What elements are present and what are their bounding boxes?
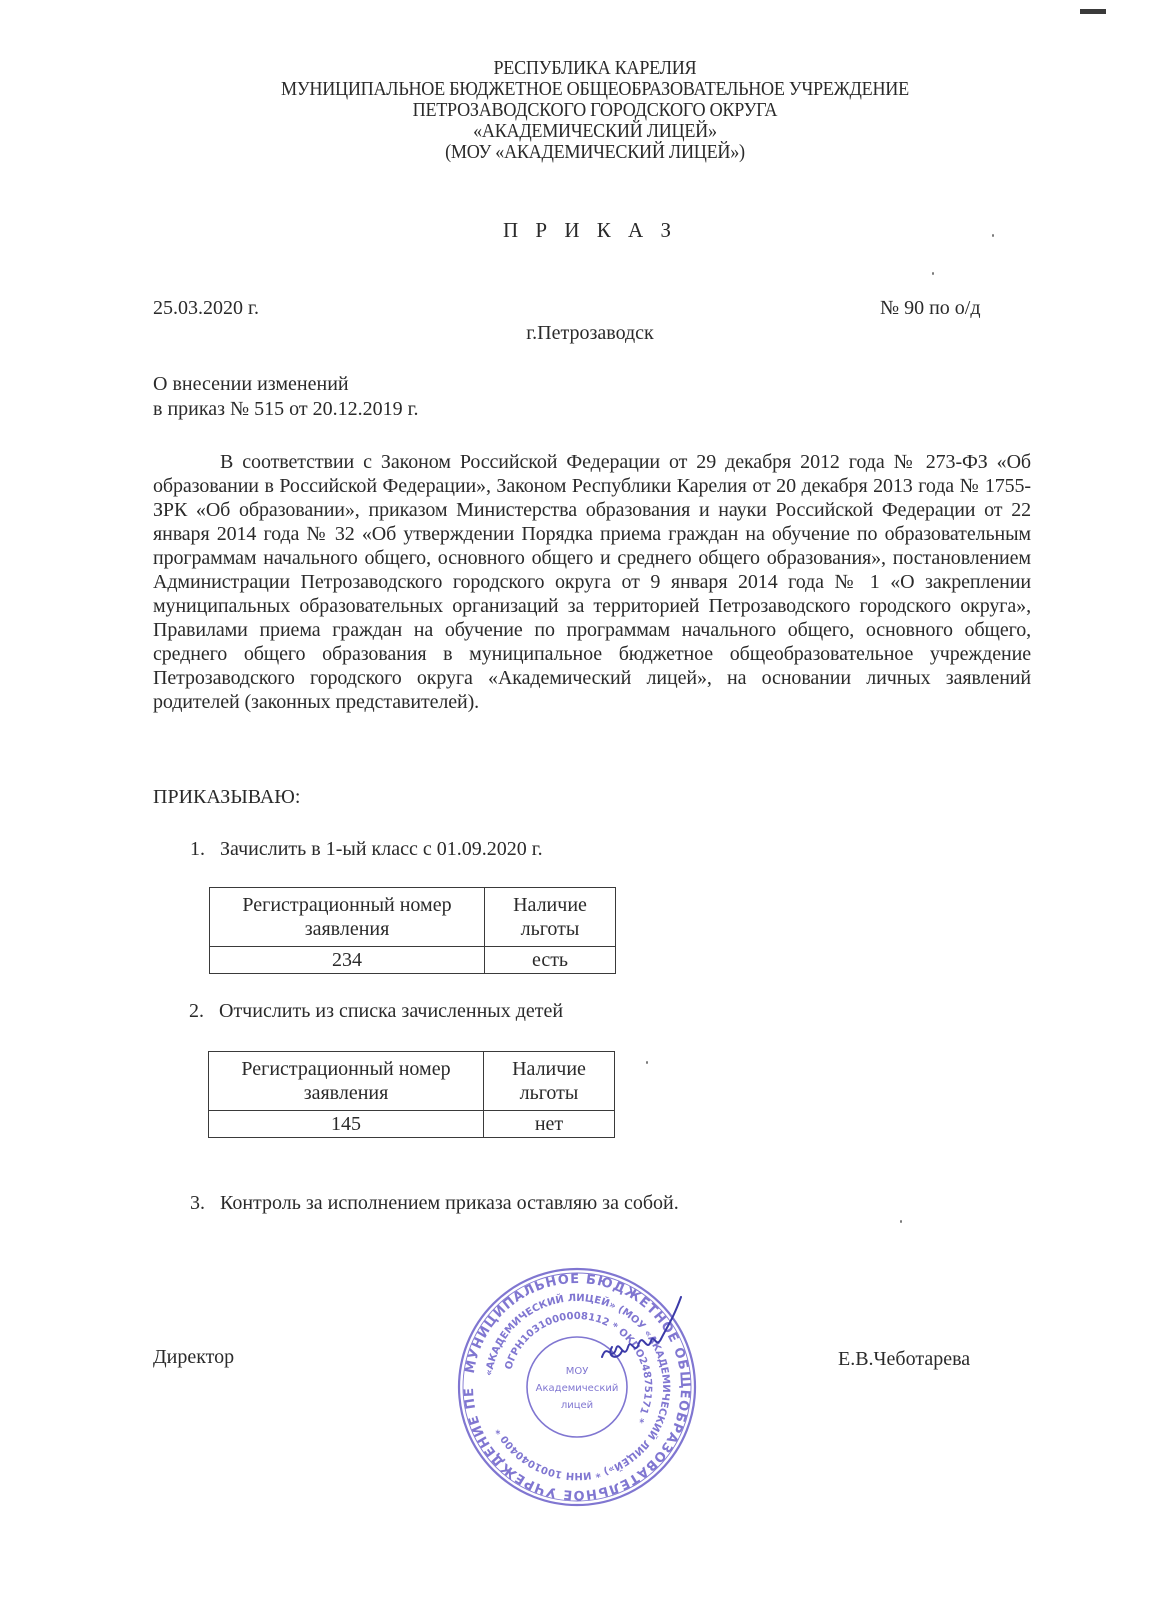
order-city: г.Петрозаводск bbox=[0, 322, 1163, 345]
order-date: 25.03.2020 г. bbox=[153, 297, 259, 320]
item-text: Отчислить из списка зачисленных детей bbox=[219, 1000, 563, 1022]
letterhead-line: «АКАДЕМИЧЕСКИЙ ЛИЦЕЙ» bbox=[42, 121, 1149, 142]
letterhead-line: РЕСПУБЛИКА КАРЕЛИЯ bbox=[42, 58, 1149, 79]
letterhead: РЕСПУБЛИКА КАРЕЛИЯ МУНИЦИПАЛЬНОЕ БЮДЖЕТН… bbox=[42, 58, 1149, 163]
item-number: 2. bbox=[189, 1000, 219, 1023]
orders-label: ПРИКАЗЫВАЮ: bbox=[153, 786, 300, 809]
document-title: П Р И К А З bbox=[0, 218, 1163, 243]
table-header-cell: Наличие льготы bbox=[485, 888, 616, 947]
table-cell: нет bbox=[484, 1111, 615, 1138]
stamp-center-line: Академический bbox=[536, 1383, 619, 1394]
item-number: 1. bbox=[190, 838, 220, 861]
table-row: 145 нет bbox=[209, 1111, 615, 1138]
order-item-2: 2.Отчислить из списка зачисленных детей bbox=[189, 1000, 563, 1023]
table-cell: 234 bbox=[210, 947, 485, 974]
table-header-cell: Наличие льготы bbox=[484, 1052, 615, 1111]
table-header-cell: Регистрационный номер заявления bbox=[210, 888, 485, 947]
enroll-table: Регистрационный номер заявления Наличие … bbox=[209, 887, 616, 974]
letterhead-line: МУНИЦИПАЛЬНОЕ БЮДЖЕТНОЕ ОБЩЕОБРАЗОВАТЕЛЬ… bbox=[42, 79, 1149, 100]
item-number: 3. bbox=[190, 1192, 220, 1215]
subject-line: в приказ № 515 от 20.12.2019 г. bbox=[153, 397, 419, 422]
preamble-paragraph: В соответствии с Законом Российской Феде… bbox=[153, 450, 1031, 714]
scan-artifact-mark bbox=[1080, 9, 1106, 14]
stamp-center-line: лицей bbox=[561, 1400, 593, 1411]
subject-line: О внесении изменений bbox=[153, 372, 419, 397]
table-row: 234 есть bbox=[210, 947, 616, 974]
expel-table: Регистрационный номер заявления Наличие … bbox=[208, 1051, 615, 1138]
table-cell: 145 bbox=[209, 1111, 484, 1138]
table-header-row: Регистрационный номер заявления Наличие … bbox=[209, 1052, 615, 1111]
order-number: № 90 по о/д bbox=[880, 297, 981, 320]
stamp-center-line: МОУ bbox=[566, 1366, 589, 1377]
order-item-1: 1.Зачислить в 1-ый класс с 01.09.2020 г. bbox=[190, 838, 543, 861]
order-item-3: 3.Контроль за исполнением приказа оставл… bbox=[190, 1192, 679, 1215]
order-subject: О внесении изменений в приказ № 515 от 2… bbox=[153, 372, 419, 422]
scan-speck bbox=[900, 1220, 902, 1223]
table-cell: есть bbox=[485, 947, 616, 974]
letterhead-line: ПЕТРОЗАВОДСКОГО ГОРОДСКОГО ОКРУГА bbox=[42, 100, 1149, 121]
signatory-name: Е.В.Чеботарева bbox=[838, 1348, 970, 1371]
letterhead-line: (МОУ «АКАДЕМИЧЕСКИЙ ЛИЦЕЙ») bbox=[42, 142, 1149, 163]
item-text: Контроль за исполнением приказа оставляю… bbox=[220, 1192, 679, 1214]
scan-speck bbox=[992, 234, 994, 237]
scan-speck bbox=[646, 1061, 648, 1064]
table-header-cell: Регистрационный номер заявления bbox=[209, 1052, 484, 1111]
table-header-row: Регистрационный номер заявления Наличие … bbox=[210, 888, 616, 947]
item-text: Зачислить в 1-ый класс с 01.09.2020 г. bbox=[220, 838, 543, 860]
signatory-position: Директор bbox=[153, 1346, 234, 1369]
official-stamp-icon: МУНИЦИПАЛЬНОЕ БЮДЖЕТНОЕ ОБЩЕОБРАЗОВАТЕЛЬ… bbox=[452, 1262, 702, 1512]
scan-speck bbox=[932, 272, 934, 275]
